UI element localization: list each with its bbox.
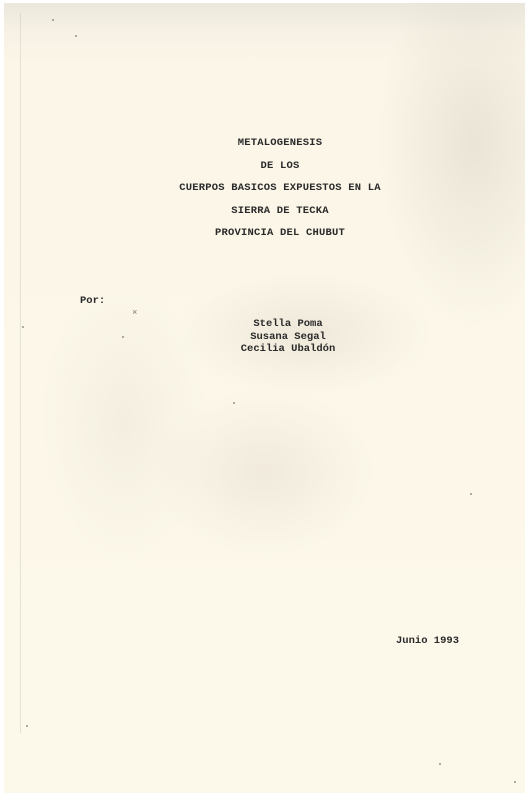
scan-speck xyxy=(233,402,235,404)
title-line-4: SIERRA DE TECKA xyxy=(4,205,525,218)
author-3: Cecilia Ubaldón xyxy=(230,343,346,356)
scan-mark: × xyxy=(132,309,137,318)
document-title: METALOGENESIS DE LOS CUERPOS BASICOS EXP… xyxy=(4,137,525,250)
title-line-2: DE LOS xyxy=(4,160,525,173)
author-2: Susana Segal xyxy=(230,331,346,344)
scan-speck xyxy=(26,725,28,727)
scan-speck xyxy=(22,326,24,328)
scan-speck xyxy=(470,493,472,495)
scan-speck xyxy=(75,35,77,37)
title-line-1: METALOGENESIS xyxy=(4,137,525,150)
title-line-5: PROVINCIA DEL CHUBUT xyxy=(4,227,525,240)
by-label: Por: xyxy=(80,295,105,308)
scan-speck xyxy=(52,19,54,21)
author-1: Stella Poma xyxy=(230,318,346,331)
scan-speck xyxy=(122,336,124,338)
document-date: Junio 1993 xyxy=(396,635,459,648)
author-list: Stella Poma Susana Segal Cecilia Ubaldón xyxy=(230,318,346,356)
page-margin-shadow xyxy=(20,13,21,733)
title-line-3: CUERPOS BASICOS EXPUESTOS EN LA xyxy=(4,182,525,195)
scan-speck xyxy=(514,781,516,783)
scan-speck xyxy=(439,763,441,765)
scanned-page: METALOGENESIS DE LOS CUERPOS BASICOS EXP… xyxy=(4,3,525,793)
